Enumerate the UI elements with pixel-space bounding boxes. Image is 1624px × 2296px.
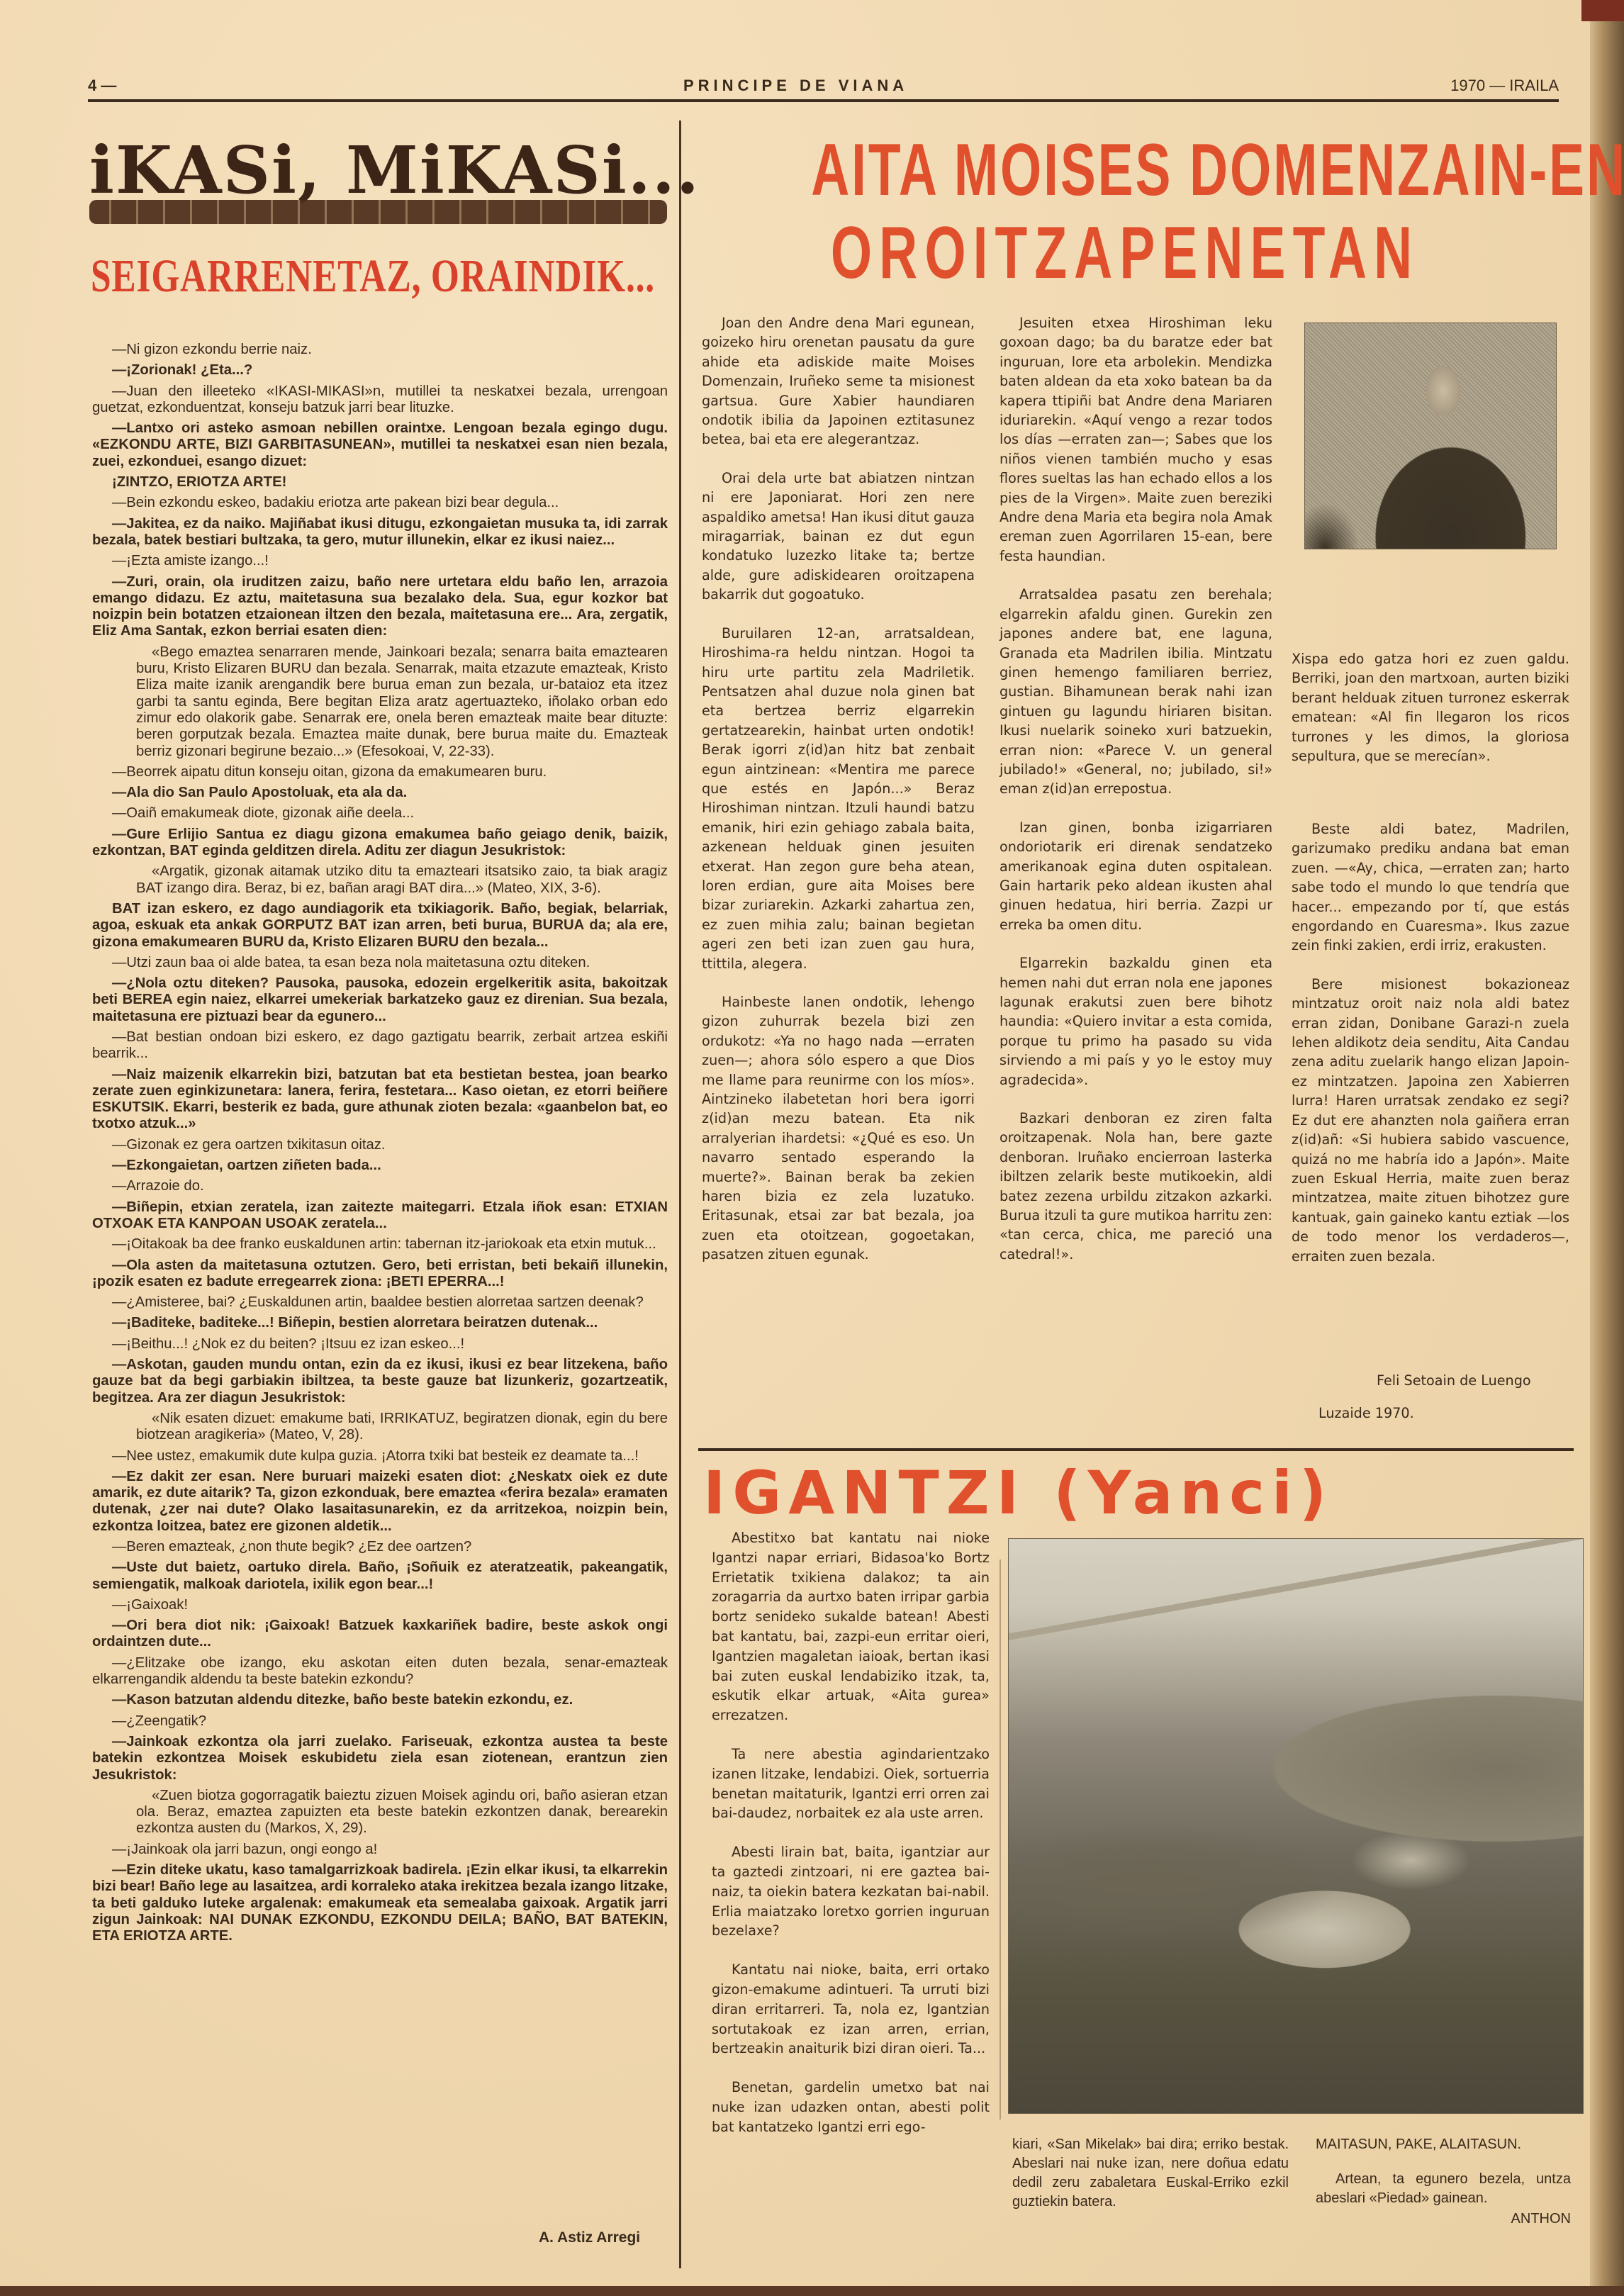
dialogue-paragraph: —Bat bestian ondoan bizi eskero, ez dago…	[92, 1029, 668, 1063]
paragraph: Bazkari denboran ez ziren falta oroitzap…	[999, 1109, 1272, 1264]
dialogue-paragraph: —Arrazoie do.	[92, 1178, 668, 1194]
dialogue-paragraph: —Oaiñ emakumeak diote, gizonak aiñe deel…	[92, 805, 668, 822]
dialogue-paragraph: —Uste dut baietz, oartuko direla. Baño, …	[92, 1559, 668, 1593]
aita-moises-headline: AITA MOISES DOMENZAIN-EN OROITZAPENETAN	[689, 128, 1561, 294]
igantzi-column-3: MAITASUN, PAKE, ALAITASUN. Artean, ta eg…	[1316, 2135, 1571, 2244]
dialogue-paragraph: —Bein ezkondu eskeo, badakiu eriotza art…	[92, 495, 668, 511]
paragraph: kiari, «San Mikelak» bai dira; erriko be…	[1012, 2135, 1289, 2212]
dialogue-paragraph: —Ezkongaietan, oartzen ziñeten bada...	[92, 1158, 668, 1174]
dialogue-paragraph: BAT izan eskero, ez dago aundiagorik eta…	[92, 901, 668, 951]
paragraph: Orai dela urte bat abiatzen nintzan ni e…	[702, 469, 975, 605]
paragraph: Jesuiten etxea Hiroshiman leku goxoan da…	[999, 313, 1272, 566]
dialogue-paragraph: —Gure Erlijio Santua ez diagu gizona ema…	[92, 827, 668, 860]
dialogue-paragraph: —Utzi zaun baa oi alde batea, ta esan be…	[92, 955, 668, 971]
publication-title: PRINCIPE DE VIANA	[683, 77, 908, 95]
ikasi-author: A. Astiz Arregi	[539, 2229, 640, 2246]
moises-author: Feli Setoain de Luengo	[1377, 1372, 1531, 1389]
scripture-quote: «Bego emaztea senarraren mende, Jainkoar…	[136, 644, 668, 760]
dialogue-paragraph: —Askotan, gauden mundu ontan, ezin da ez…	[92, 1357, 668, 1406]
page-number: 4 —	[88, 77, 116, 95]
headline-line-1: AITA MOISES DOMENZAIN-EN	[811, 128, 1439, 213]
column-divider	[679, 121, 681, 2268]
running-head: 4 — PRINCIPE DE VIANA 1970 — IRAILA	[88, 77, 1559, 95]
dialogue-paragraph: —Biñepin, etxian zeratela, izan zaitezte…	[92, 1199, 668, 1233]
headline-line-2: OROITZAPENETAN	[811, 213, 1439, 294]
dialogue-paragraph: —¡Zorionak! ¿Eta...?	[92, 362, 668, 379]
dialogue-paragraph: —Beorrek aipatu ditun konseju oitan, giz…	[92, 764, 668, 780]
dialogue-paragraph: —¿Nola oztu diteken? Pausoka, pausoka, e…	[92, 975, 668, 1025]
paragraph: Kantatu nai nioke, baita, erri ortako gi…	[712, 1960, 990, 2059]
dialogue-paragraph: —¡Baditeke, baditeke...! Biñepin, bestie…	[92, 1315, 668, 1331]
moises-column-3: Beste aldi batez, Madrilen, garizumako p…	[1292, 819, 1569, 1285]
dialogue-paragraph: —¡Gaixoak!	[92, 1597, 668, 1613]
page-spine-edge	[1590, 0, 1624, 2296]
igantzi-author: ANTHON	[1316, 2210, 1571, 2229]
decorative-ornament-band	[89, 200, 667, 224]
dialogue-paragraph: —Jainkoak ezkontza ola jarri zuelako. Fa…	[92, 1734, 668, 1783]
dialogue-paragraph: —Ola asten da maitetasuna oztutzen. Gero…	[92, 1258, 668, 1291]
dialogue-paragraph: —Ni gizon ezkondu berrie naiz.	[92, 342, 668, 358]
paragraph: Xispa edo gatza hori ez zuen galdu. Berr…	[1292, 649, 1569, 766]
moises-place-date: Luzaide 1970.	[1318, 1405, 1414, 1421]
scripture-quote: «Zuen biotza gogorragatik baieztu zizuen…	[136, 1788, 668, 1837]
dialogue-paragraph: ¡ZINTZO, ERIOTZA ARTE!	[92, 474, 668, 491]
dialogue-paragraph: —¡Oitakoak ba dee franko euskaldunen art…	[92, 1236, 668, 1253]
moises-column-1: Joan den Andre dena Mari egunean, goizek…	[702, 313, 975, 1284]
paragraph: Arratsaldea pasatu zen berehala; elgarre…	[999, 585, 1272, 798]
portrait-photo	[1304, 323, 1557, 549]
paragraph: Ta nere abestia agindarientzako izanen l…	[712, 1745, 990, 1823]
spine-corner	[1581, 0, 1624, 21]
dialogue-paragraph: —Jakitea, ez da naiko. Majiñabat ikusi d…	[92, 516, 668, 549]
ikasi-mikasi-title: iKASi, MiKASi...	[89, 135, 671, 206]
page-bottom-edge	[0, 2286, 1624, 2296]
paragraph: Artean, ta egunero bezela, untza abeslar…	[1316, 2170, 1571, 2208]
issue-date: 1970 — IRAILA	[1450, 77, 1559, 95]
dialogue-paragraph: —Juan den illeeteko «IKASI-MIKASI»n, mut…	[92, 383, 668, 417]
moises-column-3-caption: Xispa edo gatza hori ez zuen galdu. Berr…	[1292, 649, 1569, 785]
paragraph: Abestitxo bat kantatu nai nioke Igantzi …	[712, 1528, 990, 1725]
dialogue-paragraph: —¿Elitzake obe izango, eku askotan eiten…	[92, 1655, 668, 1689]
paragraph: Buruilaren 12-an, arratsaldean, Hiroshim…	[702, 624, 975, 973]
dialogue-paragraph: —Ezin diteke ukatu, kaso tamalgarrizkoak…	[92, 1862, 668, 1944]
scripture-quote: «Nik esaten dizuet: emakume bati, IRRIKA…	[136, 1411, 668, 1444]
header-rule	[88, 99, 1559, 102]
paragraph: Elgarrekin bazkaldu ginen eta hemen nahi…	[999, 953, 1272, 1090]
seigarrenetaz-subtitle: SEIGARRENETAZ, ORAINDIK...	[91, 250, 544, 303]
column-divider-faint	[999, 1559, 1001, 2119]
dialogue-paragraph: —Ori bera diot nik: ¡Gaixoak! Batzuek ka…	[92, 1618, 668, 1651]
dialogue-paragraph: —Zuri, orain, ola iruditzen zaizu, baño …	[92, 574, 668, 640]
dialogue-paragraph: —¿Zeengatik?	[92, 1713, 668, 1730]
dialogue-paragraph: —Gizonak ez gera oartzen txikitasun oita…	[92, 1137, 668, 1153]
village-photo	[1008, 1538, 1584, 2114]
igantzi-column-1: Abestitxo bat kantatu nai nioke Igantzi …	[712, 1528, 990, 2156]
paragraph: Bere misionest bokazioneaz mintzatuz oro…	[1292, 975, 1569, 1266]
dialogue-paragraph: —Nee ustez, emakumik dute kulpa guzia. ¡…	[92, 1448, 668, 1465]
ikasi-article-body: —Ni gizon ezkondu berrie naiz.—¡Zorionak…	[92, 342, 668, 1949]
scripture-quote: «Argatik, gizonak aitamak utziko ditu ta…	[136, 863, 668, 897]
dialogue-paragraph: —Lantxo ori asteko asmoan nebillen orain…	[92, 420, 668, 470]
dialogue-paragraph: —¡Beithu...! ¿Nok ez du beiten? ¡Itsuu e…	[92, 1336, 668, 1353]
paragraph: Beste aldi batez, Madrilen, garizumako p…	[1292, 819, 1569, 956]
igantzi-section-rule	[698, 1448, 1574, 1451]
igantzi-headline: IGANTZI (Yanci)	[703, 1459, 1575, 1527]
dialogue-paragraph: —Kason batzutan aldendu ditezke, baño be…	[92, 1692, 668, 1708]
dialogue-paragraph: —Naiz maizenik elkarrekin bizi, batzutan…	[92, 1067, 668, 1133]
dialogue-paragraph: —Ala dio San Paulo Apostoluak, eta ala d…	[92, 785, 668, 801]
dialogue-paragraph: —¡Ezta amiste izango...!	[92, 553, 668, 569]
paragraph: Abesti lirain bat, baita, igantziar aur …	[712, 1842, 990, 1941]
moises-column-2: Jesuiten etxea Hiroshiman leku goxoan da…	[999, 313, 1272, 1283]
dialogue-paragraph: —Ez dakit zer esan. Nere buruari maizeki…	[92, 1469, 668, 1535]
dialogue-paragraph: —¡Jainkoak ola jarri bazun, ongi eongo a…	[92, 1842, 668, 1858]
dialogue-paragraph: —Beren emazteak, ¿non thute begik? ¿Ez d…	[92, 1539, 668, 1555]
paragraph: Joan den Andre dena Mari egunean, goizek…	[702, 313, 975, 449]
paragraph: Benetan, gardelin umetxo bat nai nuke iz…	[712, 2078, 990, 2137]
igantzi-motto: MAITASUN, PAKE, ALAITASUN.	[1316, 2135, 1571, 2154]
dialogue-paragraph: —¿Amisteree, bai? ¿Euskaldunen artin, ba…	[92, 1294, 668, 1311]
paragraph: Izan ginen, bonba izigarriaren ondoriota…	[999, 818, 1272, 934]
paragraph: Hainbeste lanen ondotik, lehengo gizon z…	[702, 992, 975, 1265]
igantzi-column-2: kiari, «San Mikelak» bai dira; erriko be…	[1012, 2135, 1289, 2231]
